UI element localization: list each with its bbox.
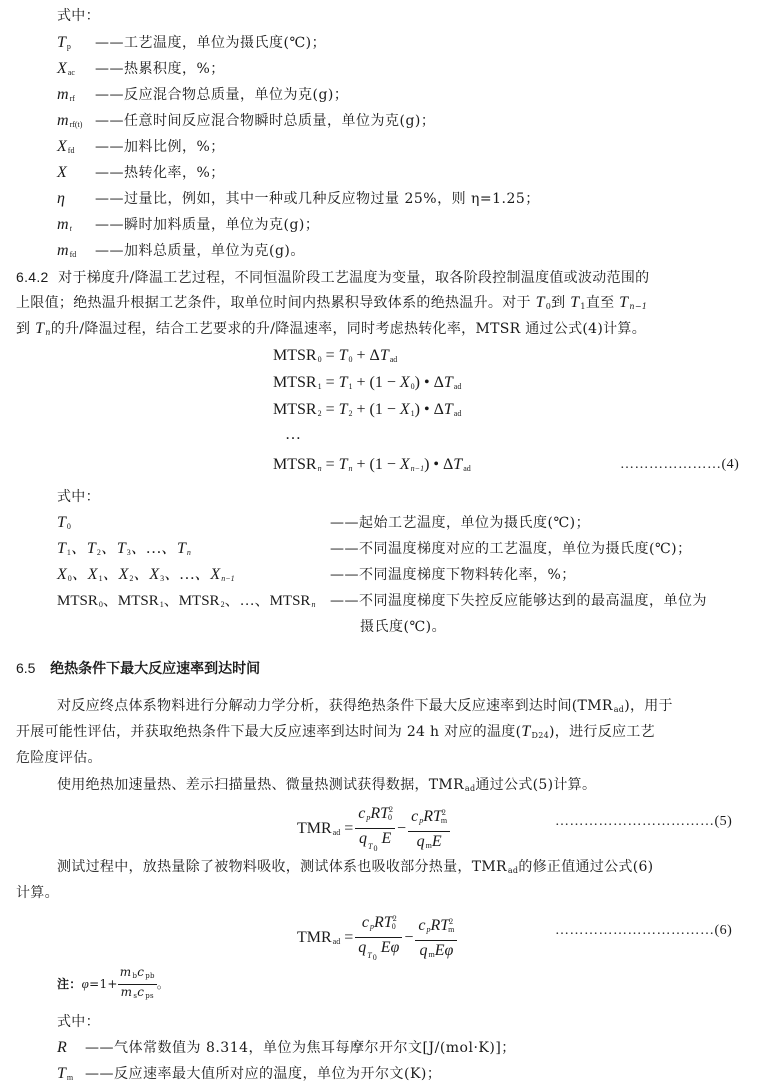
def-T1-Tn: ——不同温度梯度对应的工艺温度，单位为摄氏度(℃)； bbox=[330, 539, 692, 559]
symbol-Xfd: Xfd bbox=[57, 137, 74, 161]
def-MTSR-list: ——不同温度梯度下失控反应能够达到的最高温度，单位为 bbox=[330, 591, 707, 611]
equation-4-line-n: MTSRn = Tn + (1 − Xn−1) • ΔTad bbox=[273, 454, 471, 480]
symbol-mrft: mrf(t) bbox=[57, 111, 82, 135]
def-mrf: ——反应混合物总质量，单位为克(g)； bbox=[95, 85, 348, 105]
symbol-MTSR-list: MTSR0、MTSR1、MTSR2、…、MTSRn bbox=[57, 591, 315, 615]
clause-642-line-3: 到 Tn的升/降温过程，结合工艺要求的升/降温速率，同时考虑热转化率，MTSR … bbox=[16, 319, 646, 343]
def-mrft: ——任意时间反应混合物瞬时总质量，单位为克(g)； bbox=[95, 111, 435, 131]
def-T0: ——起始工艺温度，单位为摄氏度(℃)； bbox=[330, 513, 590, 533]
para-1-line-3: 危险度评估。 bbox=[16, 748, 102, 768]
def-X: ——热转化率，%； bbox=[95, 163, 225, 183]
equation-5: TMRad =cpRT20qT0 E−cpRT2mqmE bbox=[297, 800, 452, 859]
para-3-line-2: 计算。 bbox=[16, 883, 59, 903]
symbol-T0: T0 bbox=[57, 513, 71, 537]
symbol-Xac: Xac bbox=[57, 59, 75, 83]
def-Xfd: ——加料比例，%； bbox=[95, 137, 225, 157]
equation-5-number: ……………………………(5) bbox=[555, 811, 732, 833]
para-2: 使用绝热加速量热、差示扫描量热、微量热测试获得数据，TMRad通过公式(5)计算… bbox=[57, 775, 596, 799]
equation-4-ellipsis: … bbox=[285, 424, 301, 446]
equation-4-line-2: MTSR1 = T1 + (1 − X0) • ΔTad bbox=[273, 372, 461, 398]
symbol-R: R bbox=[57, 1038, 67, 1058]
def-Xac: ——热累积度，%； bbox=[95, 59, 225, 79]
clause-number: 6.4.2 bbox=[16, 269, 49, 285]
symbol-mt: mt bbox=[57, 215, 72, 239]
symbol-mfd: mfd bbox=[57, 241, 76, 265]
where-label-3: 式中： bbox=[57, 1012, 100, 1032]
para-1-line-2: 开展可能性评估，并获取绝热条件下最大反应速率到达时间为 24 h 对应的温度(T… bbox=[16, 722, 655, 746]
para-3-line-1: 测试过程中，放热量除了被物料吸收，测试体系也吸收部分热量，TMRad的修正值通过… bbox=[57, 857, 653, 881]
where-label-2: 式中： bbox=[57, 487, 100, 507]
def-mt: ——瞬时加料质量，单位为克(g)； bbox=[95, 215, 319, 235]
def-Tm: ——反应速率最大值所对应的温度，单位为开尔文(K)； bbox=[85, 1064, 441, 1084]
def-eta: ——过量比，例如，其中一种或几种反应物过量 25%，则 η=1.25； bbox=[95, 189, 540, 209]
equation-6-number: ……………………………(6) bbox=[555, 920, 732, 942]
def-MTSR-list-cont: 摄氏度(℃)。 bbox=[360, 617, 446, 637]
equation-6: TMRad =cpRT20qT0 Eφ−cpRT2mqmEφ bbox=[297, 909, 459, 968]
para-1-line-1: 对反应终点体系物料进行分解动力学分析，获得绝热条件下最大反应速率到达时间(TMR… bbox=[57, 696, 673, 720]
symbol-Tm: Tm bbox=[57, 1064, 73, 1088]
symbol-T1-Tn: T1、T2、T3、…、Tn bbox=[57, 539, 191, 563]
def-R: ——气体常数值为 8.314，单位为焦耳每摩尔开尔文[J/(mol·K)]； bbox=[85, 1038, 516, 1058]
clause-642-line-1: 6.4.2 对于梯度升/降温工艺过程，不同恒温阶段工艺温度为变量，取各阶段控制温… bbox=[16, 267, 649, 288]
symbol-eta: η bbox=[57, 189, 65, 209]
def-mfd: ——加料总质量，单位为克(g)。 bbox=[95, 241, 305, 261]
symbol-Tp: Tp bbox=[57, 33, 71, 57]
equation-4-number: …………………(4) bbox=[620, 454, 739, 476]
symbol-X: X bbox=[57, 163, 67, 183]
symbol-X0-Xn1: X0、X1、X2、X3、…、Xn−1 bbox=[57, 565, 235, 589]
equation-4-line-3: MTSR2 = T2 + (1 − X1) • ΔTad bbox=[273, 399, 461, 425]
clause-642-line-2: 上限值；绝热温升根据工艺条件，取单位时间内热累积导致体系的绝热温升。对于 T0到… bbox=[16, 293, 647, 317]
section-heading-65: 6.5 绝热条件下最大反应速率到达时间 bbox=[16, 658, 260, 679]
where-label-1: 式中： bbox=[57, 6, 100, 26]
def-X0-Xn1: ——不同温度梯度下物料转化率，%； bbox=[330, 565, 576, 585]
equation-4-line-1: MTSR0 = T0 + ΔTad bbox=[273, 345, 397, 371]
symbol-mrf: mrf bbox=[57, 85, 75, 109]
def-Tp: ——工艺温度，单位为摄氏度(℃)； bbox=[95, 33, 326, 53]
note: 注：φ=1+mbcpbmscps。 bbox=[57, 965, 169, 1004]
